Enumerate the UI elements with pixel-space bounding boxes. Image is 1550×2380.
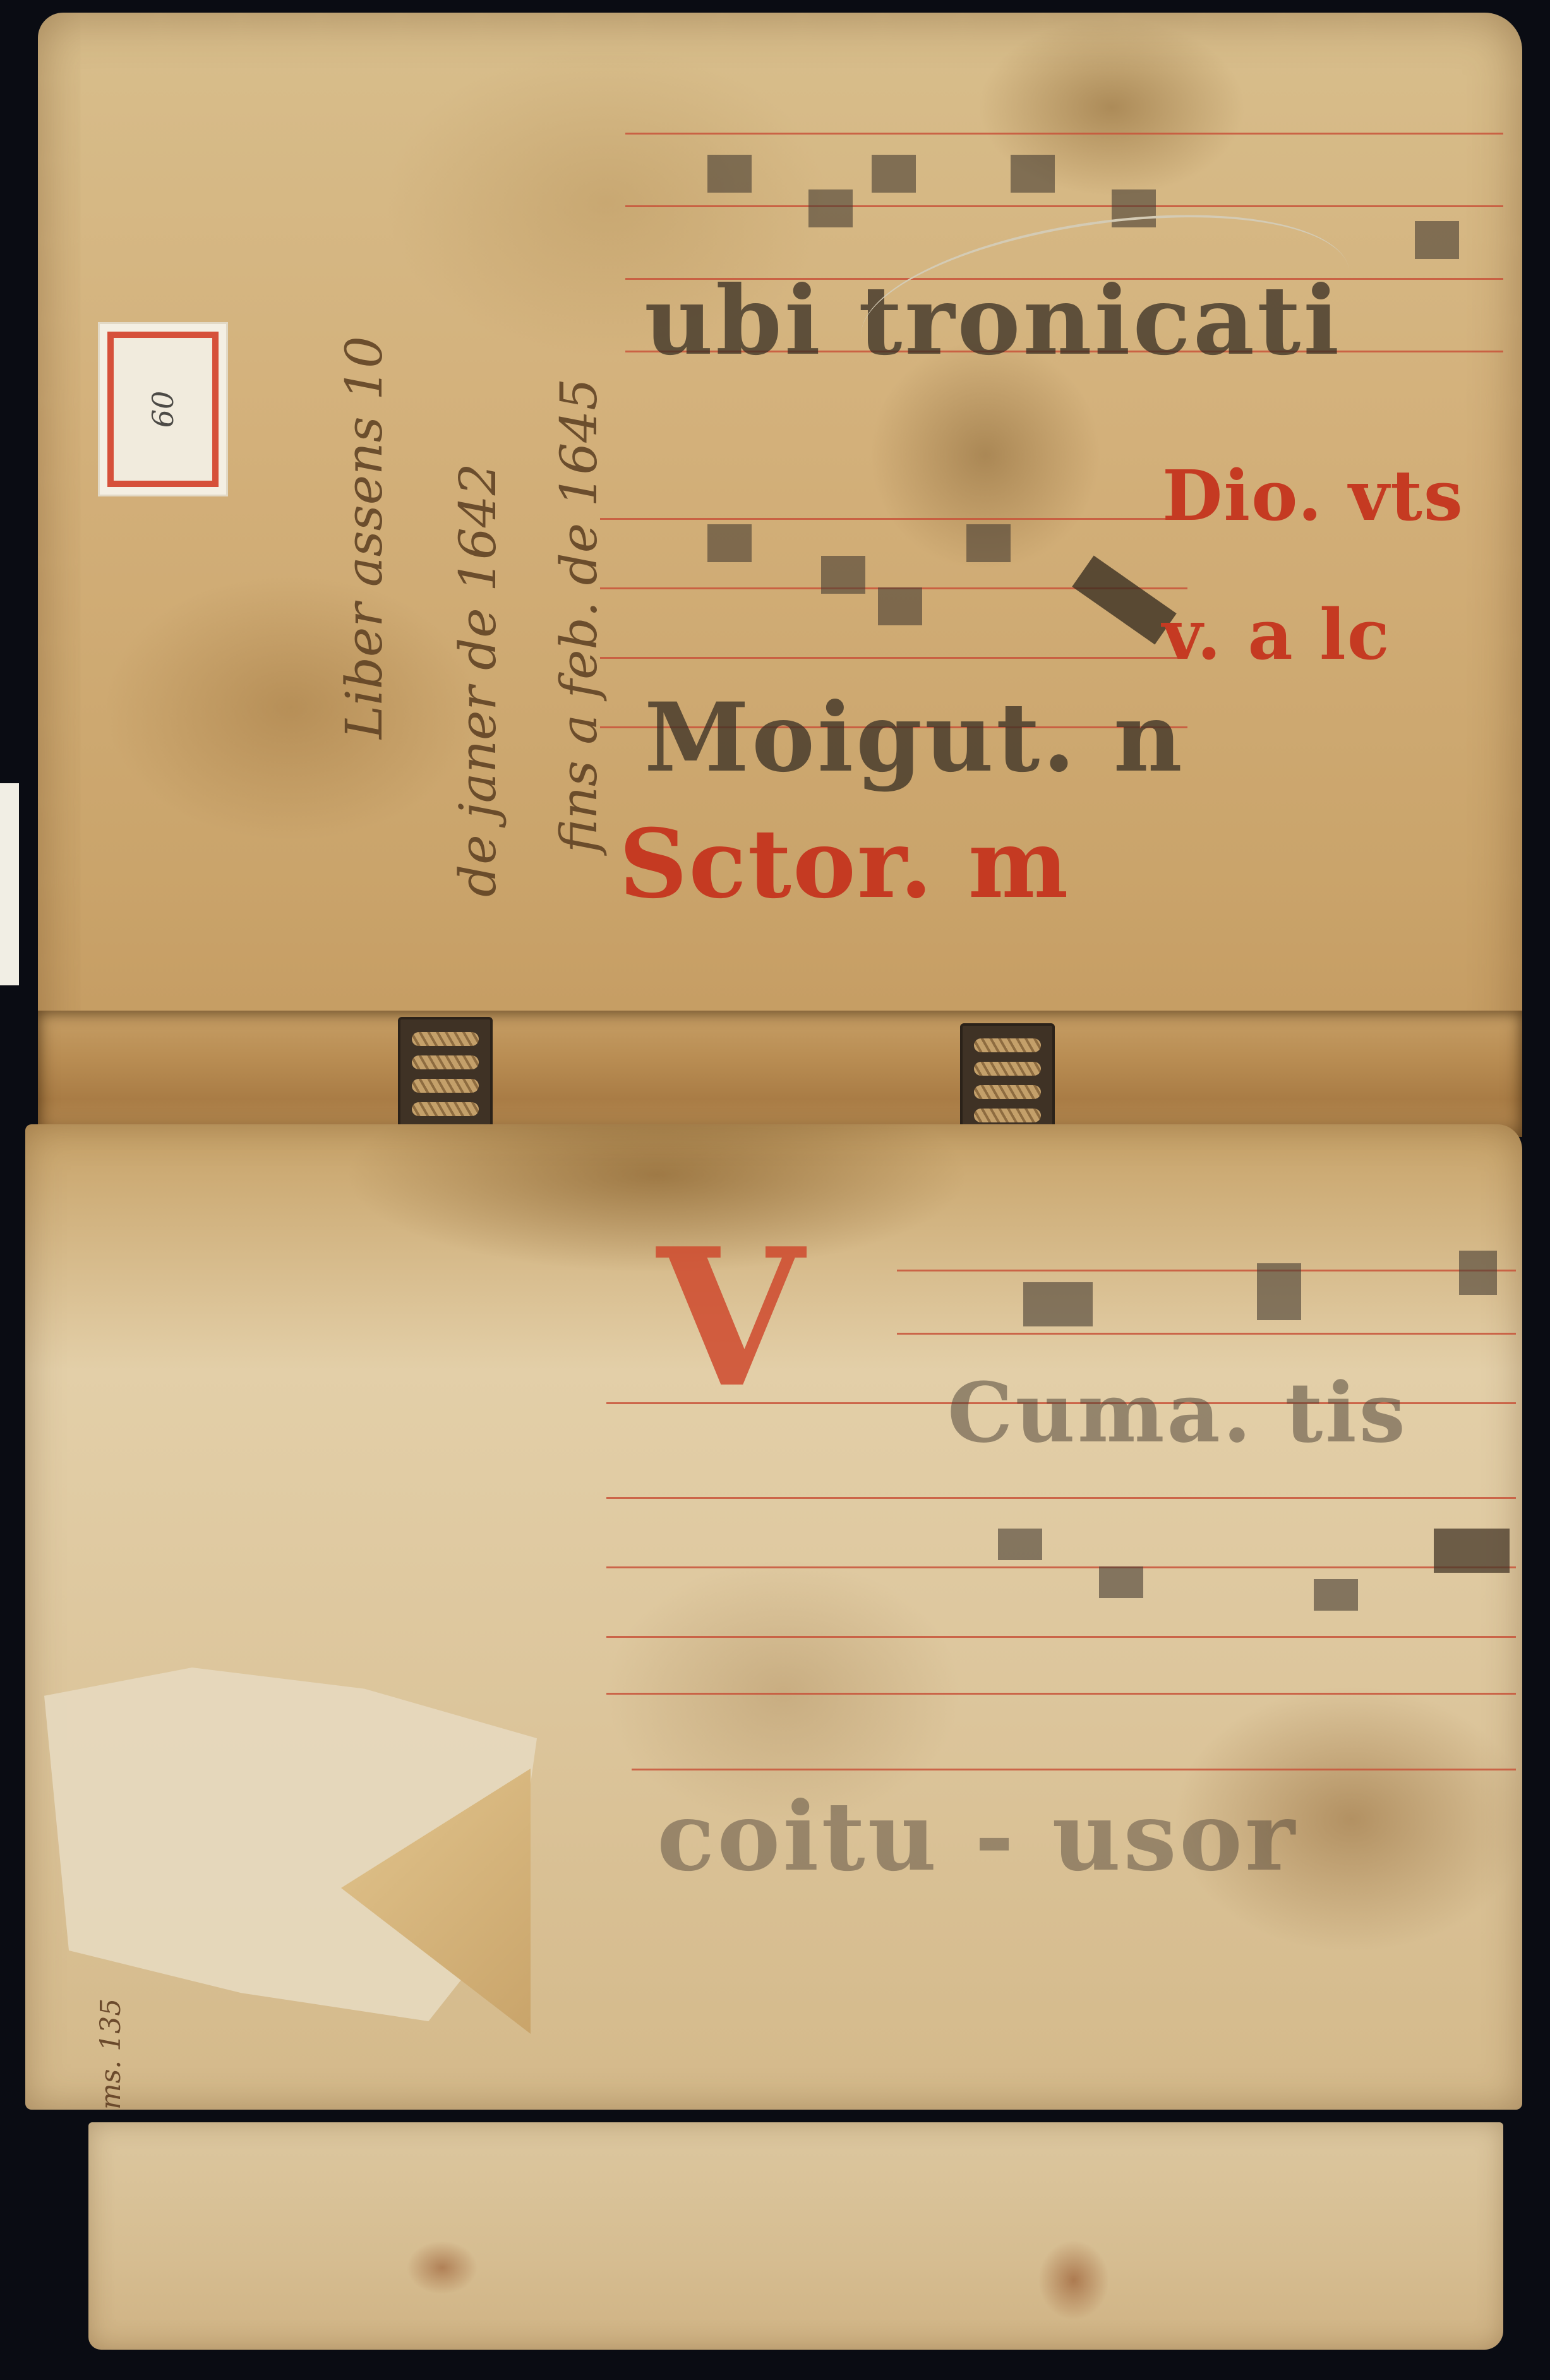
spine-fold [38, 1011, 1522, 1137]
square-neume [966, 524, 1011, 562]
red-initial: V [657, 1206, 804, 1429]
staff-line [897, 1333, 1516, 1335]
sewing-support-left [398, 1017, 493, 1131]
square-neume [1459, 1251, 1497, 1295]
white-calibration-card [0, 783, 19, 985]
sewing-support-right [960, 1023, 1055, 1137]
handwritten-title-line-3: fins a feb. de 1645 [550, 378, 608, 853]
staff-line [632, 1769, 1516, 1770]
shelf-label: 60 [98, 322, 228, 496]
staff-line [897, 1270, 1516, 1271]
handwritten-title-line-2: de janer de 1642 [448, 463, 507, 897]
upper-cover-vellum: ubi tronicati Dio. vts v. a lc Moigut. n… [38, 13, 1522, 1086]
square-neume [872, 155, 916, 193]
choir-text-line: Moigut. n [644, 682, 1185, 793]
cord [974, 1085, 1041, 1099]
staff-line [606, 1693, 1516, 1695]
lower-cover-vellum: V Cuma. tis coitu - usor ms. 135 [25, 1124, 1522, 2110]
square-neume [707, 155, 752, 193]
staff-line [625, 205, 1503, 207]
square-neume [1434, 1529, 1510, 1573]
cord [412, 1032, 479, 1046]
staff-line [600, 657, 1187, 659]
square-neume [1023, 1282, 1093, 1326]
square-neume [998, 1529, 1042, 1560]
ligature-neume [1072, 556, 1176, 645]
staff-line [606, 1566, 1516, 1568]
choir-text-line: coitu - usor [657, 1781, 1297, 1892]
choir-text-line: Cuma. tis [947, 1364, 1408, 1461]
square-neume [1257, 1263, 1301, 1320]
staff-line [600, 518, 1187, 520]
rubric-line: Dio. vts [1162, 455, 1464, 536]
square-neume [808, 189, 853, 227]
rubric-line: v. a lc [1162, 594, 1391, 675]
cord [412, 1079, 479, 1093]
staff-line [606, 1497, 1516, 1499]
cord [974, 1038, 1041, 1052]
cord [412, 1102, 479, 1116]
square-neume [1314, 1579, 1358, 1611]
square-neume [1415, 221, 1459, 259]
square-neume [821, 556, 865, 594]
cord [974, 1109, 1041, 1122]
pencil-shelfmark: ms. 135 [95, 1998, 127, 2110]
square-neume [707, 524, 752, 562]
bottom-flap [88, 2122, 1503, 2350]
shelf-number: 60 [146, 391, 180, 428]
staff-line [625, 133, 1503, 135]
cord [974, 1062, 1041, 1076]
square-neume [878, 587, 922, 625]
square-neume [1099, 1566, 1143, 1598]
square-neume [1011, 155, 1055, 193]
loose-thread [850, 188, 1361, 421]
rubric-line: Sctor. m [619, 808, 1069, 920]
cord [412, 1055, 479, 1069]
staff-line [606, 1636, 1516, 1638]
handwritten-title-line-1: Liber assens 10 [335, 336, 394, 739]
